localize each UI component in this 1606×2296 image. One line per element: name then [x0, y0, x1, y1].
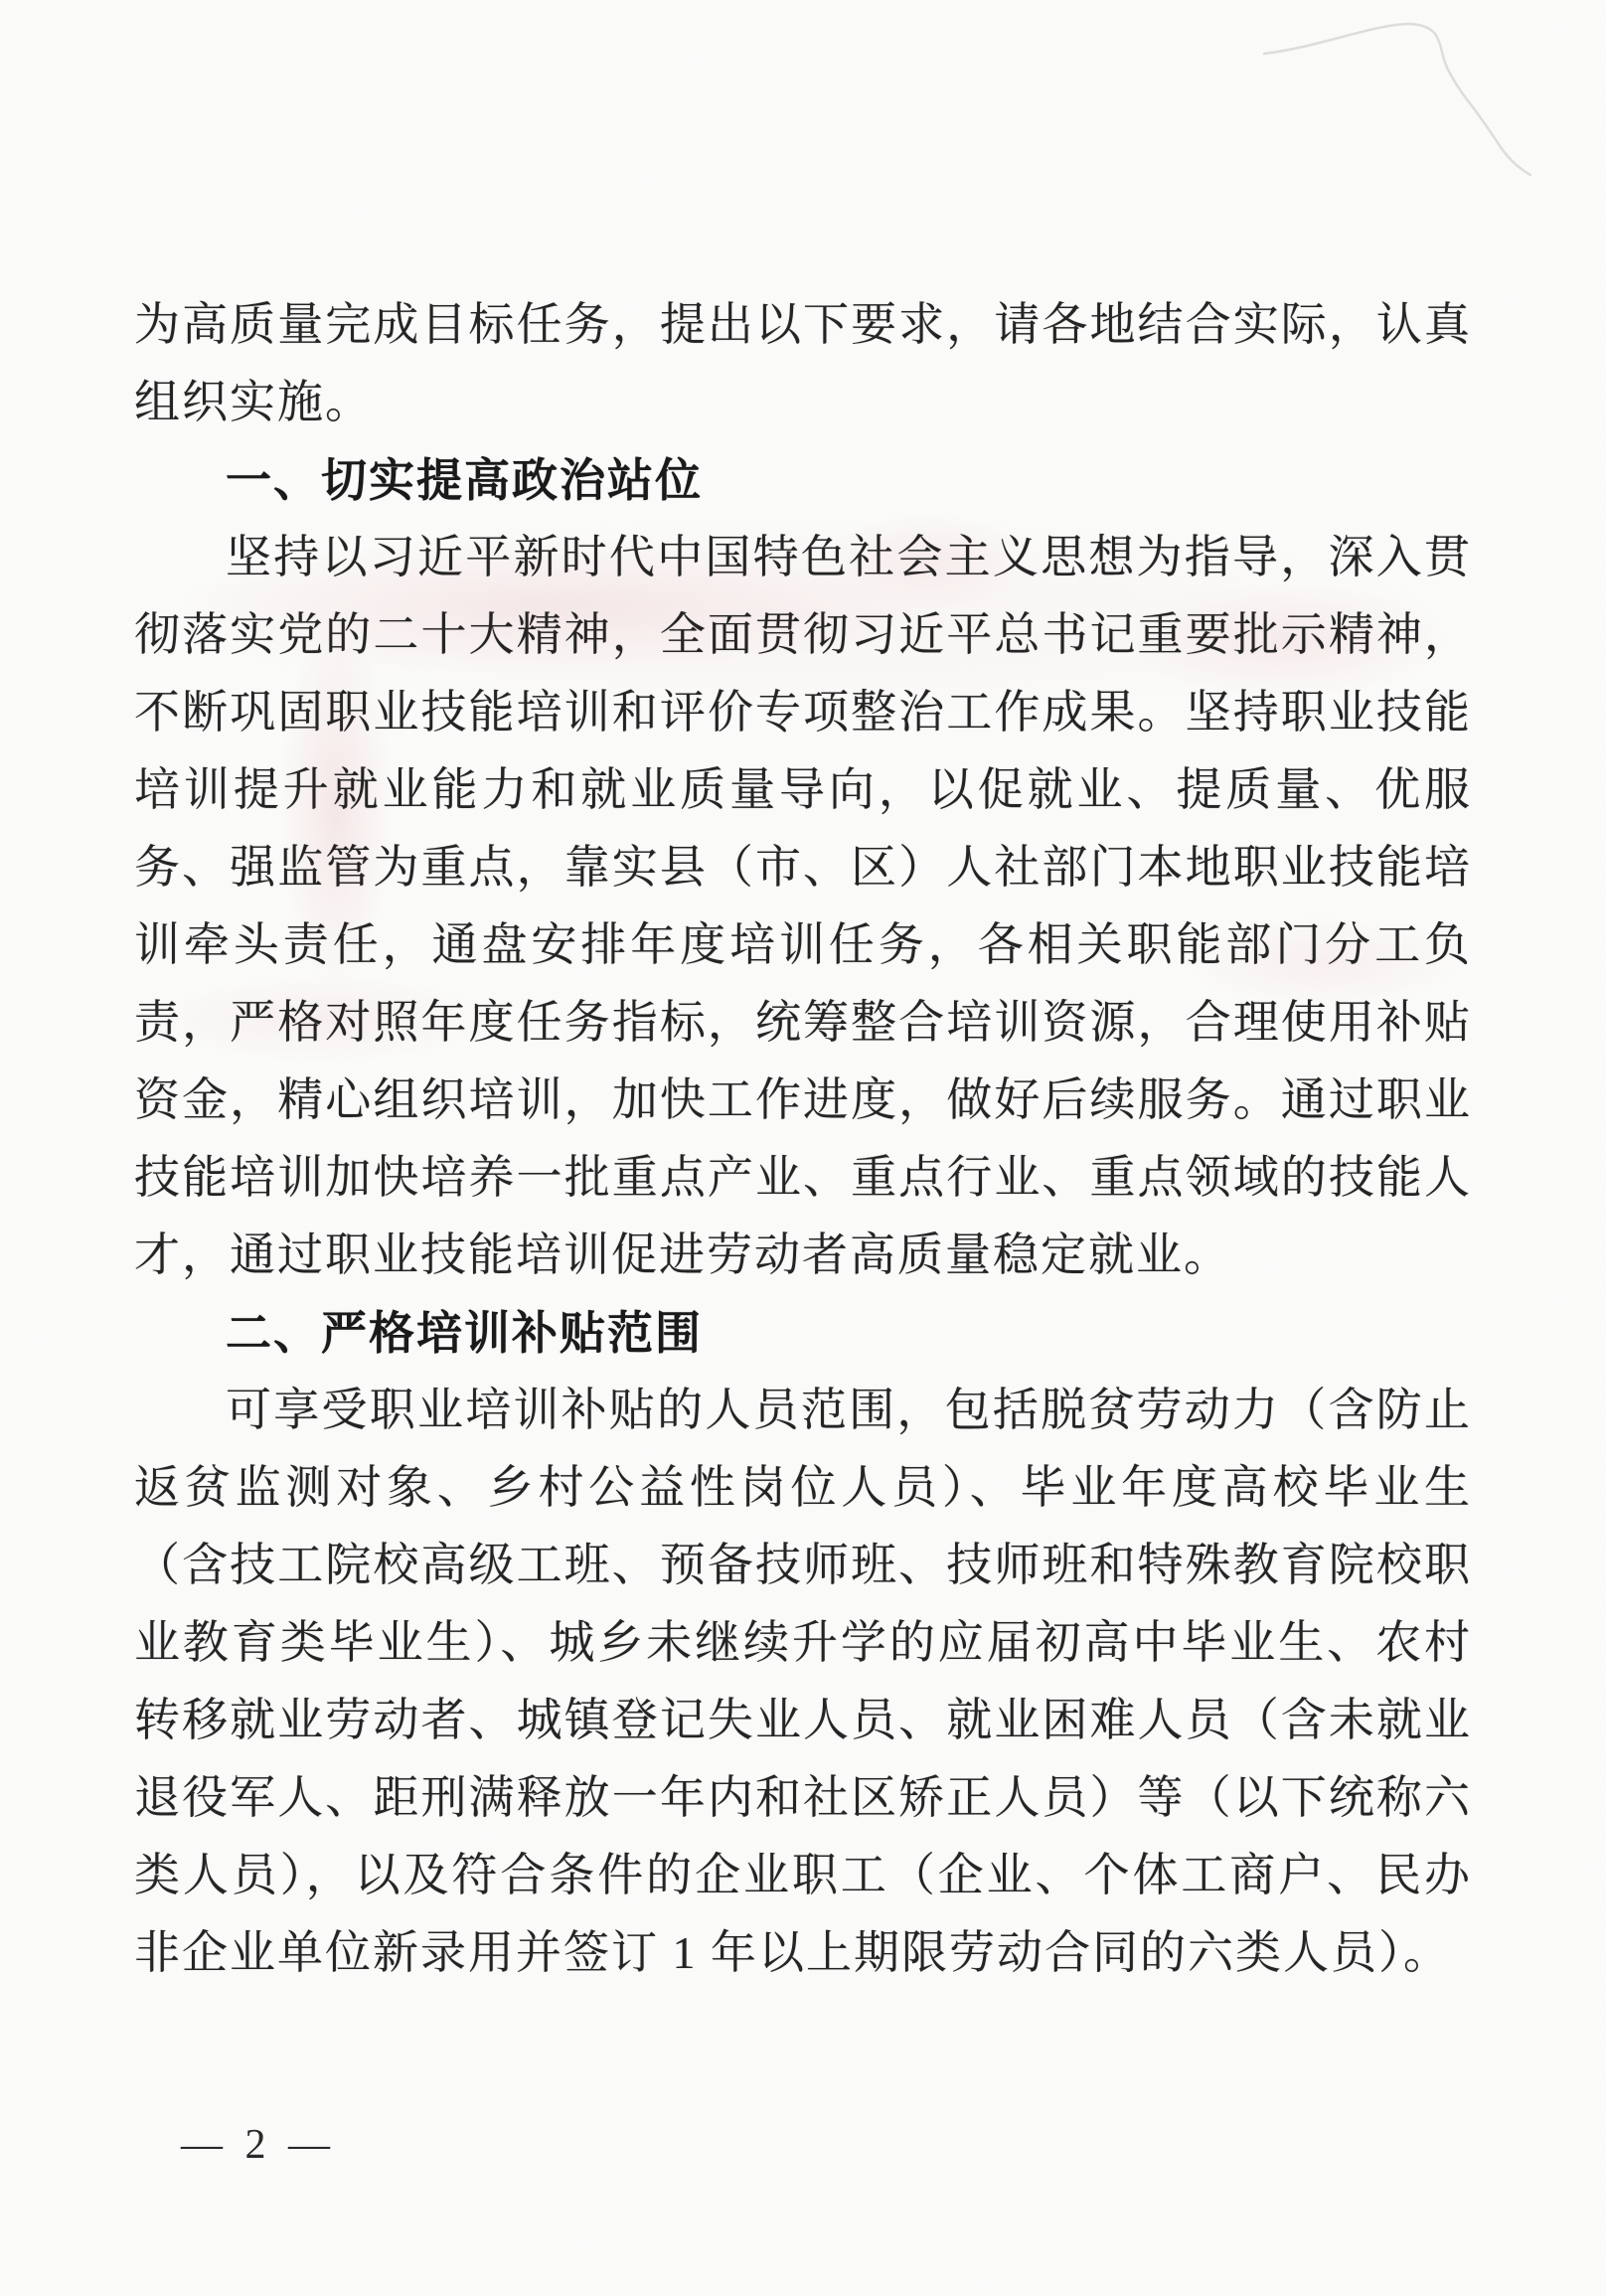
scan-crease-line	[0, 0, 1606, 258]
document-page: 为高质量完成目标任务，提出以下要求，请各地结合实际，认真组织实施。 一、切实提高…	[0, 0, 1606, 2296]
page-number: — 2 —	[181, 2123, 336, 2167]
section-heading-1: 一、切实提高政治站位	[134, 441, 1472, 519]
paragraph-continuation: 为高质量完成目标任务，提出以下要求，请各地结合实际，认真组织实施。	[134, 286, 1472, 441]
paragraph-section-1: 坚持以习近平新时代中国特色社会主义思想为指导，深入贯彻落实党的二十大精神，全面贯…	[134, 519, 1472, 1294]
document-body: 为高质量完成目标任务，提出以下要求，请各地结合实际，认真组织实施。 一、切实提高…	[134, 286, 1472, 1992]
section-heading-2: 二、严格培训补贴范围	[134, 1294, 1472, 1372]
paragraph-section-2: 可享受职业培训补贴的人员范围，包括脱贫劳动力（含防止返贫监测对象、乡村公益性岗位…	[134, 1372, 1472, 1992]
